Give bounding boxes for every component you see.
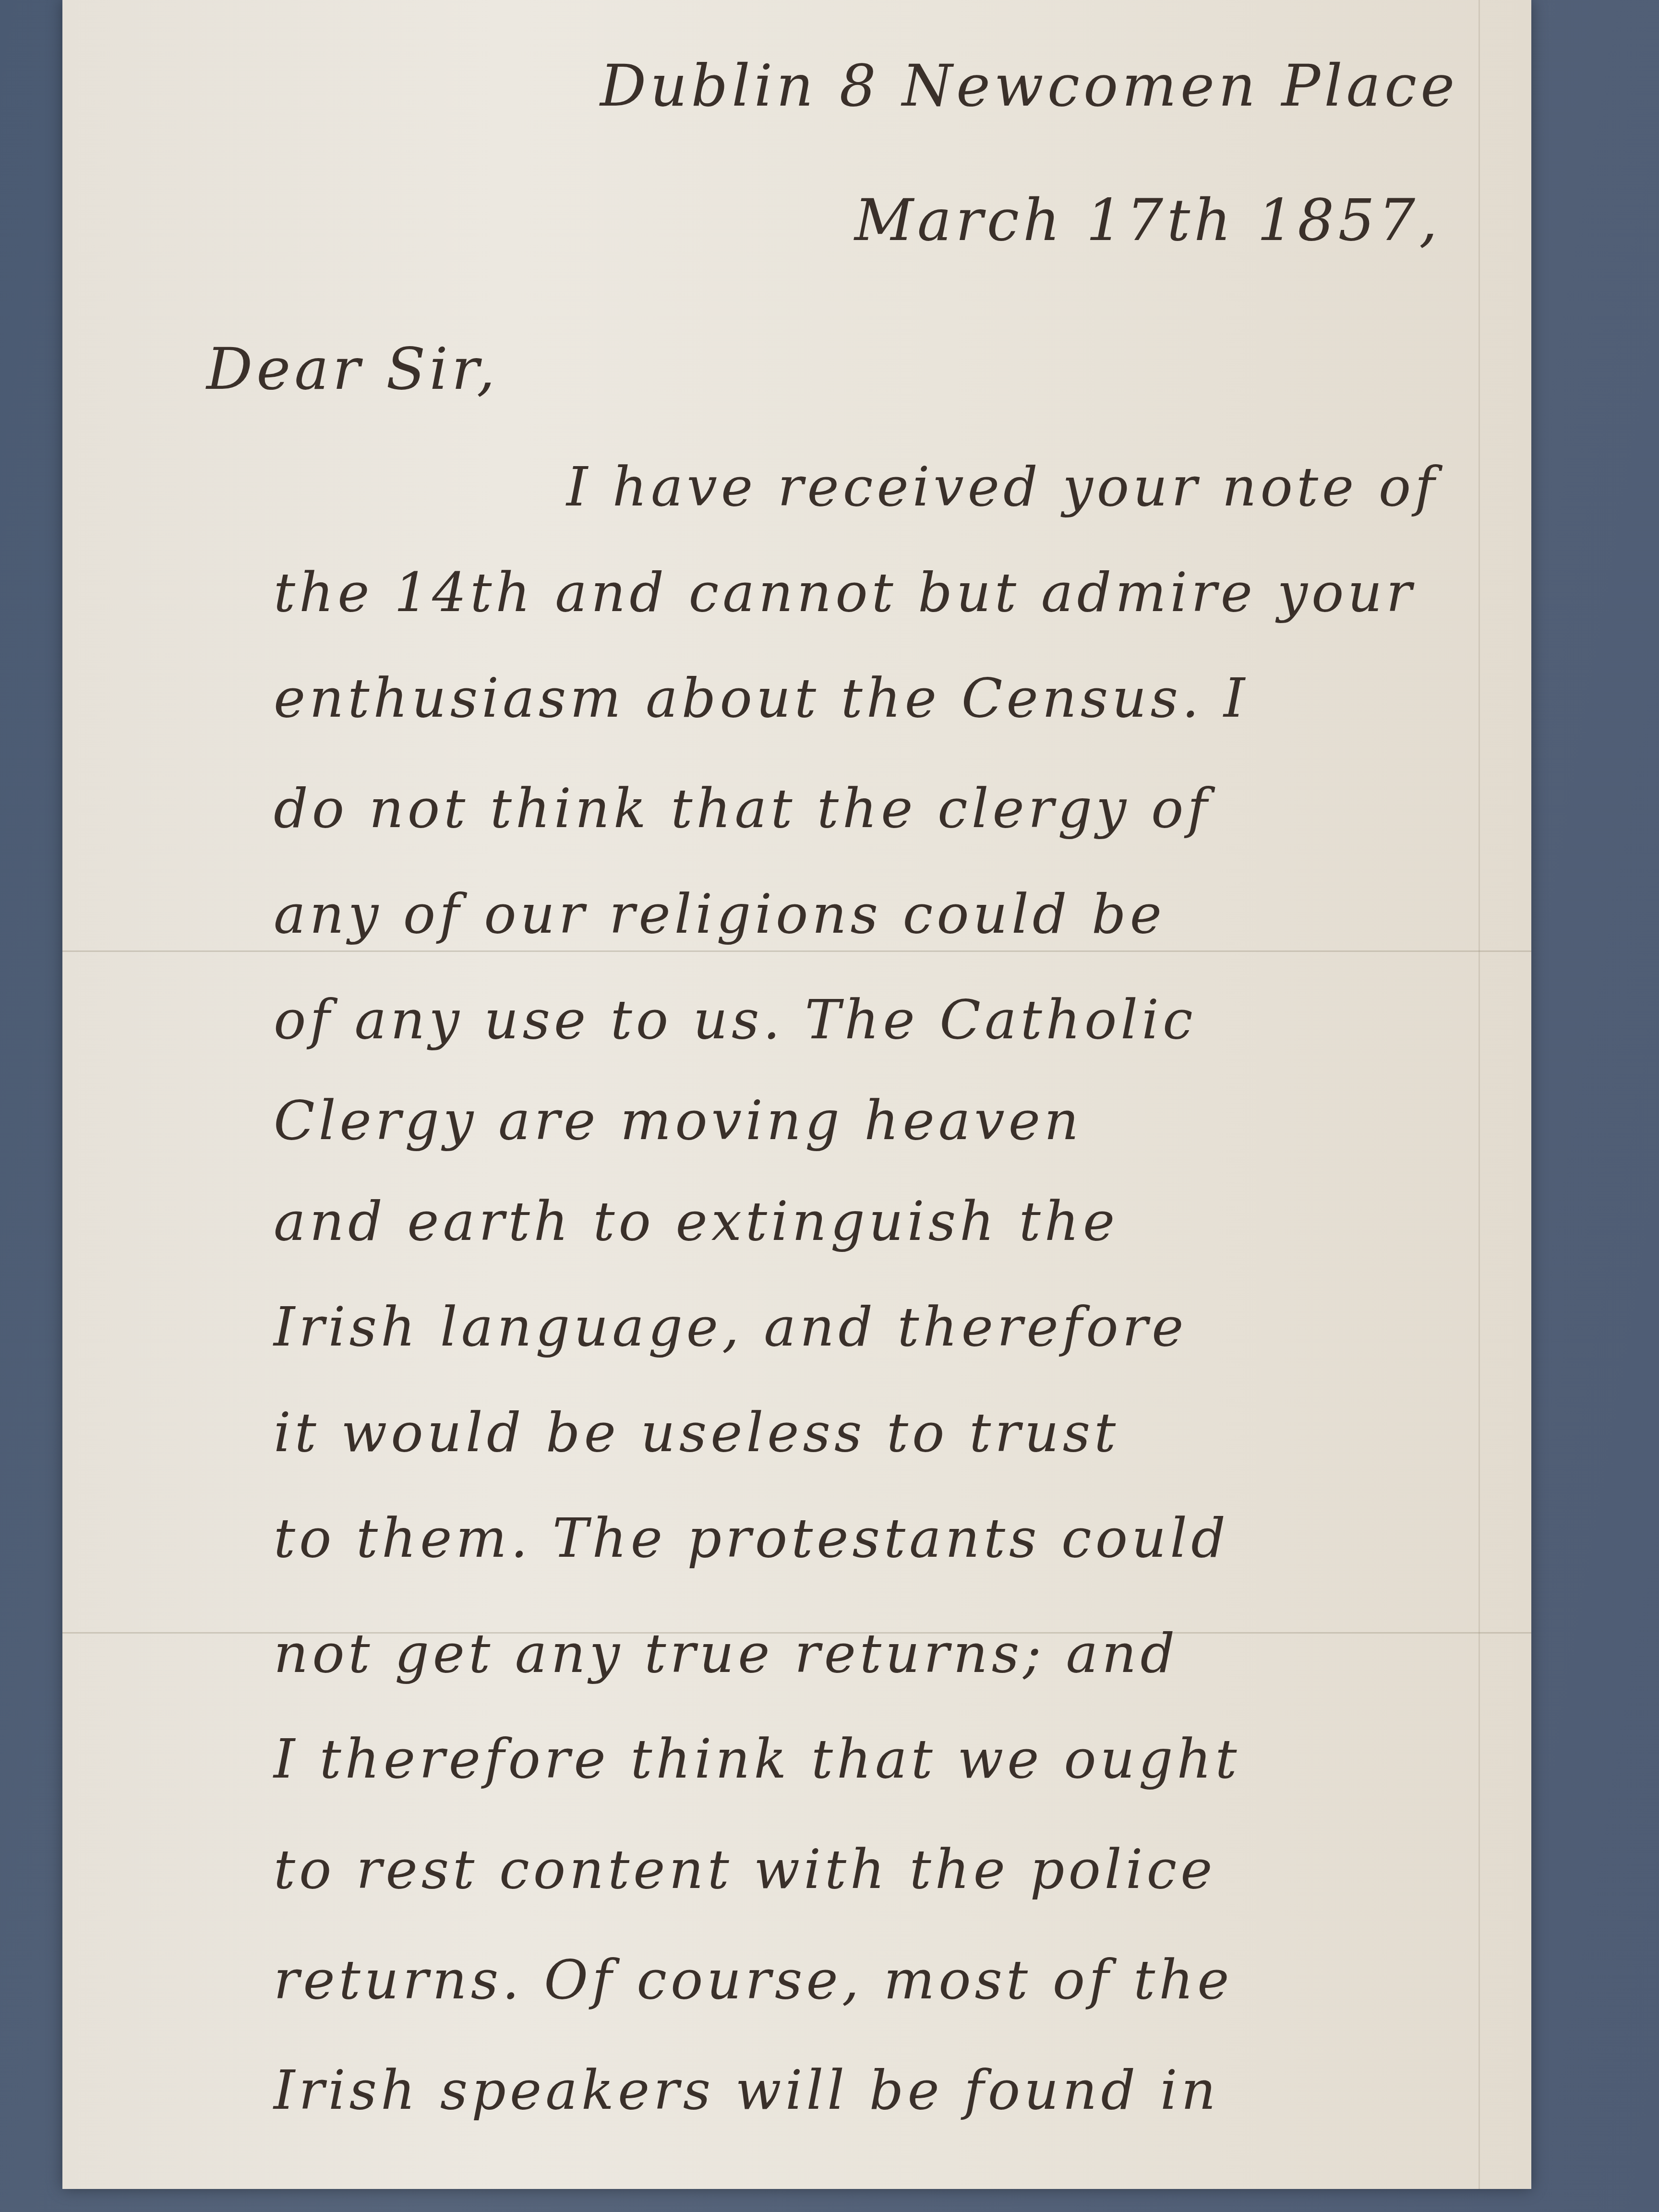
letter-line: any of our religions could be — [274, 883, 1166, 946]
letter-line: of any use to us. The Catholic — [274, 989, 1197, 1051]
letter-line: enthusiasm about the Census. I — [274, 667, 1249, 730]
fold-line — [1479, 0, 1480, 2189]
letter-line: I therefore think that we ought — [274, 1728, 1241, 1791]
letter-line: it would be useless to trust — [274, 1402, 1119, 1464]
letter-line: do not think that the clergy of — [274, 778, 1211, 840]
letter-date: March 17th 1857, — [854, 187, 1441, 254]
letter-line: returns. Of course, most of the — [274, 1949, 1233, 2011]
letter-line: to them. The protestants could — [274, 1507, 1229, 1570]
fold-line — [62, 950, 1531, 952]
letter-line: the 14th and cannot but admire your — [274, 562, 1416, 624]
letter-line: to rest content with the police — [274, 1839, 1216, 1901]
letter-line: Irish speakers will be found in — [274, 2059, 1220, 2122]
letter-line: I have received your note of — [566, 456, 1439, 518]
letter-salutation: Dear Sir, — [206, 336, 499, 403]
letter-line: not get any true returns; and — [274, 1623, 1178, 1685]
letter-address: Dublin 8 Newcomen Place — [600, 53, 1458, 120]
letter-paper: Dublin 8 Newcomen Place March 17th 1857,… — [62, 0, 1531, 2189]
letter-line: Irish language, and therefore — [274, 1296, 1187, 1358]
letter-line: Clergy are moving heaven — [274, 1090, 1082, 1152]
letter-line: and earth to extinguish the — [274, 1190, 1118, 1253]
